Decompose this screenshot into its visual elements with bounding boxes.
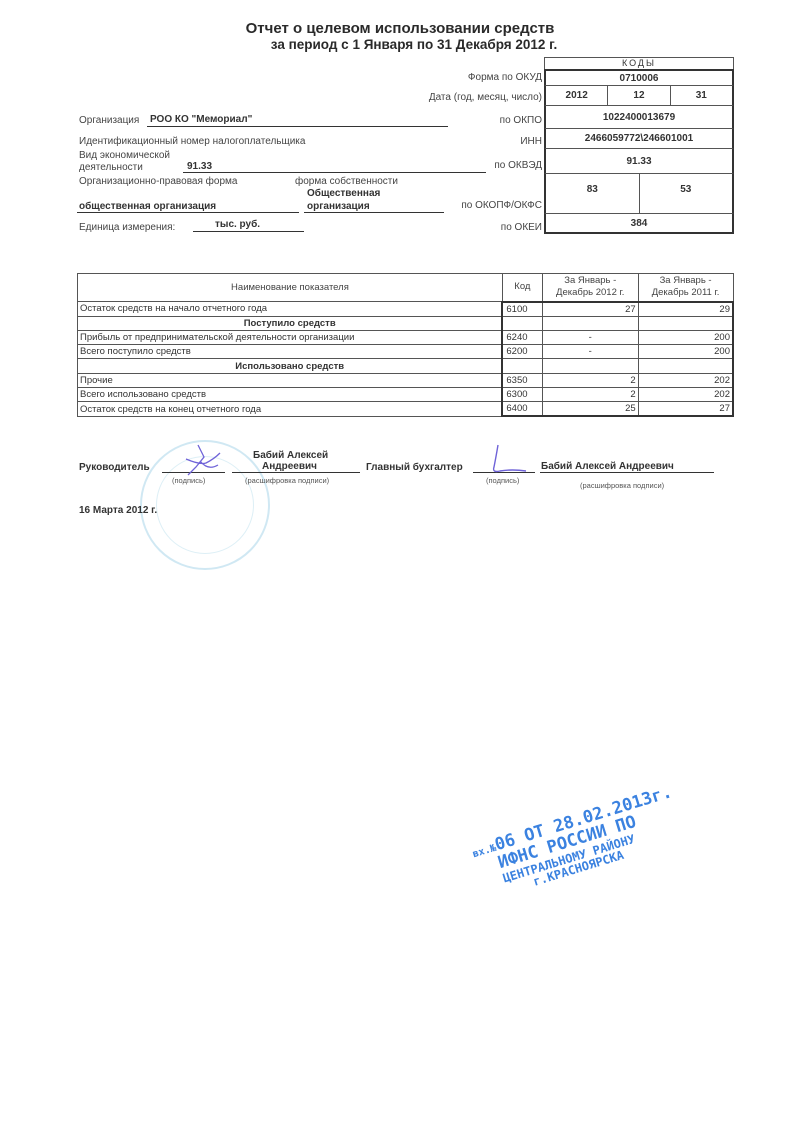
date-month: 12	[607, 86, 669, 105]
table-section-row: Поступило средств	[78, 316, 734, 330]
inn-text: Идентификационный номер налогоплательщик…	[79, 136, 305, 147]
activity-label-1: Вид экономической	[79, 150, 170, 161]
activity-value: 91.33	[187, 161, 212, 172]
row-value-2012: 2	[542, 373, 638, 387]
row-name: Всего поступило средств	[78, 345, 503, 359]
row-name: Использовано средств	[78, 359, 503, 373]
row-value-2011	[638, 316, 733, 330]
okei-value: 384	[546, 214, 732, 232]
report-table: Наименование показателя Код За Январь -Д…	[77, 273, 734, 417]
col-header-name: Наименование показателя	[78, 274, 503, 302]
date-day: 31	[670, 86, 732, 105]
accountant-signature-caption: (подпись)	[486, 476, 519, 485]
row-value-2011: 27	[638, 402, 733, 417]
row-name: Поступило средств	[78, 316, 503, 330]
legal-form-underline	[77, 212, 299, 213]
date-label: Дата (год, месяц, число)	[429, 92, 542, 103]
org-underline	[147, 126, 448, 127]
okfs-value: 53	[639, 174, 733, 213]
row-name: Прибыль от предпринимательской деятельно…	[78, 330, 503, 344]
inn-label: ИНН	[520, 136, 542, 147]
row-code: 6240	[502, 330, 542, 344]
row-value-2012: -	[542, 345, 638, 359]
row-value-2011: 200	[638, 345, 733, 359]
row-name: Остаток средств на начало отчетного года	[78, 302, 503, 317]
row-value-2012	[542, 316, 638, 330]
okpo-value: 1022400013679	[546, 106, 732, 128]
row-code: 6300	[502, 387, 542, 401]
date-year: 2012	[546, 86, 607, 105]
legal-form-label: Организационно-правовая форма	[79, 176, 237, 187]
accountant-name: Бабий Алексей Андреевич	[541, 461, 674, 472]
row-value-2012: 25	[542, 402, 638, 417]
row-value-2011	[638, 359, 733, 373]
head-signature-icon	[178, 443, 228, 479]
row-code: 6400	[502, 402, 542, 417]
col-header-code: Код	[502, 274, 542, 302]
accountant-decode-caption: (расшифровка подписи)	[580, 481, 664, 490]
okved-cell: 91.33	[544, 149, 734, 174]
okei-cell: 384	[544, 214, 734, 234]
okved-value: 91.33	[546, 149, 732, 173]
report-title: Отчет о целевом использовании средств	[0, 20, 800, 37]
okei-label: по ОКЕИ	[501, 222, 542, 233]
okopf-value: 83	[546, 174, 639, 213]
okved-label: по ОКВЭД	[494, 160, 542, 171]
okopf-cells: 83 53	[544, 174, 734, 214]
head-name-2: Андреевич	[262, 461, 317, 472]
row-value-2012: 2	[542, 387, 638, 401]
table-row: Остаток средств на начало отчетного года…	[78, 302, 734, 317]
row-code	[502, 359, 542, 373]
org-label: Организация	[79, 115, 139, 126]
table-row: Прибыль от предпринимательской деятельно…	[78, 330, 734, 344]
head-decode-line	[232, 472, 360, 473]
okpo-label: по ОКПО	[500, 115, 542, 126]
accountant-decode-line	[540, 472, 714, 473]
row-name: Остаток средств на конец отчетного года	[78, 402, 503, 417]
activity-underline	[183, 172, 486, 173]
table-row: Всего поступило средств6200-200	[78, 345, 734, 359]
report-period: за период с 1 Января по 31 Декабря 2012 …	[14, 37, 800, 52]
codes-heading: КОДЫ	[544, 57, 734, 69]
ownership-underline	[304, 212, 444, 213]
head-decode-caption: (расшифровка подписи)	[245, 476, 329, 485]
row-value-2011: 200	[638, 330, 733, 344]
table-row: Остаток средств на конец отчетного года6…	[78, 402, 734, 417]
row-value-2011: 202	[638, 373, 733, 387]
row-value-2012: -	[542, 330, 638, 344]
accountant-label: Главный бухгалтер	[366, 462, 463, 473]
row-value-2011: 202	[638, 387, 733, 401]
row-name: Прочие	[78, 373, 503, 387]
legal-form-value: общественная организация	[79, 201, 216, 212]
row-code: 6200	[502, 345, 542, 359]
org-value: РОО КО "Мемориал"	[150, 114, 252, 125]
table-section-row: Использовано средств	[78, 359, 734, 373]
row-code	[502, 316, 542, 330]
row-value-2011: 29	[638, 302, 733, 317]
row-value-2012	[542, 359, 638, 373]
table-row: Прочие63502202	[78, 373, 734, 387]
accountant-signature-icon	[478, 443, 528, 477]
ownership-value-2: организация	[307, 201, 370, 212]
okud-value: 0710006	[546, 71, 732, 85]
date-cells: 2012 12 31	[544, 86, 734, 106]
ownership-label: форма собственности	[295, 176, 398, 187]
table-header-row: Наименование показателя Код За Январь -Д…	[78, 274, 734, 302]
head-name-1: Бабий Алексей	[253, 450, 328, 461]
inn-cell: 2466059772\246601001	[544, 129, 734, 149]
row-code: 6350	[502, 373, 542, 387]
col-header-2011: За Январь -Декабрь 2011 г.	[638, 274, 733, 302]
col-header-2012: За Январь -Декабрь 2012 г.	[542, 274, 638, 302]
okud-cell: 0710006	[544, 69, 734, 86]
activity-label-2: деятельности	[79, 162, 143, 173]
row-code: 6100	[502, 302, 542, 317]
row-value-2012: 27	[542, 302, 638, 317]
okopf-label: по ОКОПФ/ОКФС	[461, 200, 542, 211]
inn-value: 2466059772\246601001	[546, 129, 732, 148]
head-label: Руководитель	[79, 462, 150, 473]
okud-label: Форма по ОКУД	[468, 72, 542, 83]
table-row: Всего использовано средств63002202	[78, 387, 734, 401]
unit-underline	[193, 231, 304, 232]
tax-office-stamp: вх.№06 ОТ 28.02.2013г. ИФНС РОССИИ ПО ЦЕ…	[470, 784, 687, 903]
ownership-value-1: Общественная	[307, 188, 380, 199]
unit-label: Единица измерения:	[79, 222, 175, 233]
okpo-cell: 1022400013679	[544, 106, 734, 129]
unit-value: тыс. руб.	[215, 219, 260, 230]
row-name: Всего использовано средств	[78, 387, 503, 401]
signature-date: 16 Марта 2012 г.	[79, 505, 157, 516]
